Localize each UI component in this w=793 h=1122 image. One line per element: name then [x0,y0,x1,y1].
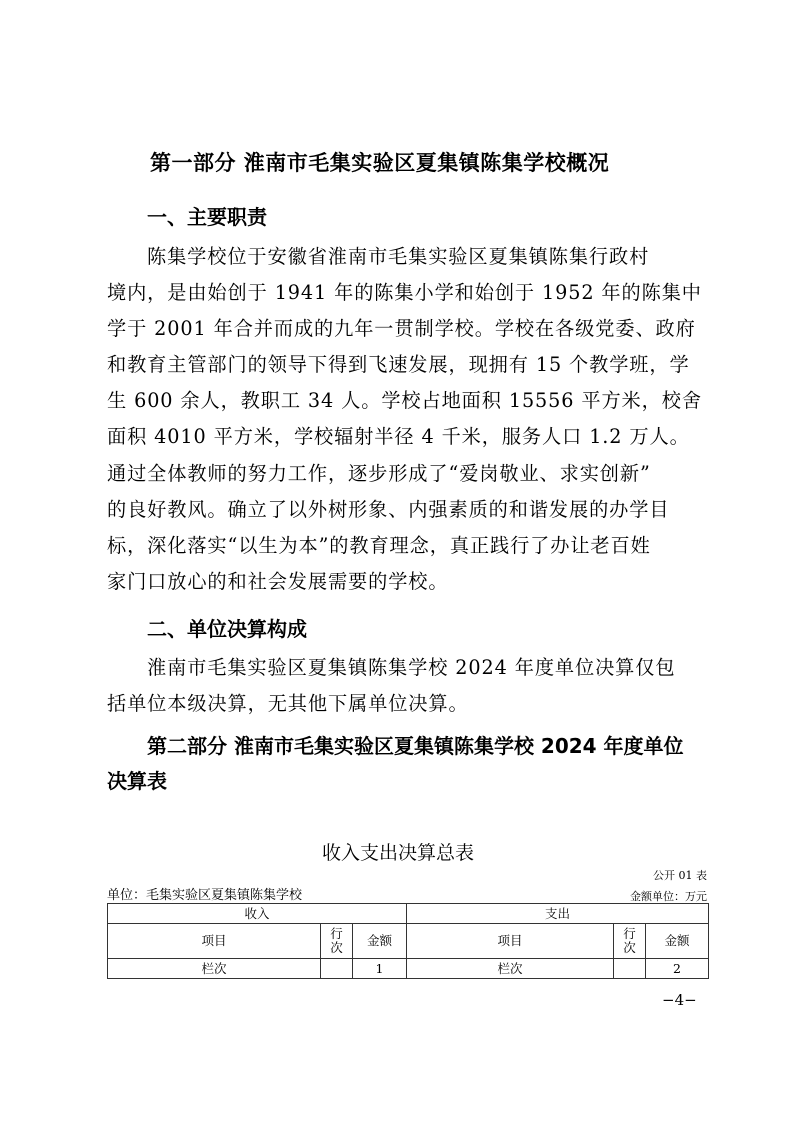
table-row: 栏次 1 栏次 2 [108,959,709,979]
part2-title-cont: 决算表 [107,765,167,794]
income-row-header: 行次 [321,924,353,959]
income-header: 收入 [108,904,407,924]
expense-header: 支出 [407,904,709,924]
paragraph-line: 家门口放心的和社会发展需要的学校。 [107,567,707,594]
income-expense-table: 收入 支出 项目 行次 金额 项目 行次 金额 栏次 1 栏次 2 [107,903,709,979]
row-no-label: 行次 [330,927,344,955]
income-item-header: 项目 [108,924,321,959]
expense-item-header: 项目 [407,924,614,959]
paragraph-line: 标，深化落实“以生为本”的教育理念，真正践行了办让老百姓 [107,531,707,558]
part1-title: 第一部分 淮南市毛集实验区夏集镇陈集学校概况 [150,147,609,177]
paragraph-line: 的良好教风。确立了以外树形象、内强素质的和谐发展的办学目 [107,495,707,522]
section2-heading: 二、单位决算构成 [147,613,307,642]
income-row-cell [321,959,353,979]
income-amount-cell: 1 [353,959,407,979]
paragraph-line: 和教育主管部门的领导下得到飞速发展，现拥有 15 个教学班，学 [107,350,707,377]
paragraph-line: 陈集学校位于安徽省淮南市毛集实验区夏集镇陈集行政村 [147,242,747,269]
expense-item-cell: 栏次 [407,959,614,979]
expense-amount-header: 金额 [646,924,709,959]
section1-heading: 一、主要职责 [147,201,267,230]
expense-row-header: 行次 [614,924,646,959]
expense-amount-cell: 2 [646,959,709,979]
paragraph-line: 淮南市毛集实验区夏集镇陈集学校 2024 年度单位决算仅包 [147,653,747,680]
income-amount-header: 金额 [353,924,407,959]
income-item-cell: 栏次 [108,959,321,979]
paragraph-line: 面积 4010 平方米，学校辐射半径 4 千米，服务人口 1.2 万人。 [107,422,707,449]
paragraph-line: 境内，是由始创于 1941 年的陈集小学和始创于 1952 年的陈集中 [107,278,707,305]
form-number: 公开 01 表 [653,867,707,883]
amount-unit: 金额单位：万元 [630,888,707,904]
paragraph-line: 通过全体教师的努力工作，逐步形成了“爱岗敬业、求实创新” [107,459,707,486]
row-no-label: 行次 [623,927,637,955]
paragraph-line: 括单位本级决算，无其他下属单位决算。 [107,689,707,716]
paragraph-line: 学于 2001 年合并而成的九年一贯制学校。学校在各级党委、政府 [107,314,707,341]
paragraph-line: 生 600 余人，教职工 34 人。学校占地面积 15556 平方米，校舍 [107,386,707,413]
part2-title: 第二部分 淮南市毛集实验区夏集镇陈集学校 2024 年度单位 [147,730,684,759]
table-title: 收入支出决算总表 [322,838,474,865]
page-number: −4− [662,991,697,1009]
expense-row-cell [614,959,646,979]
unit-label: 单位：毛集实验区夏集镇陈集学校 [107,884,302,903]
